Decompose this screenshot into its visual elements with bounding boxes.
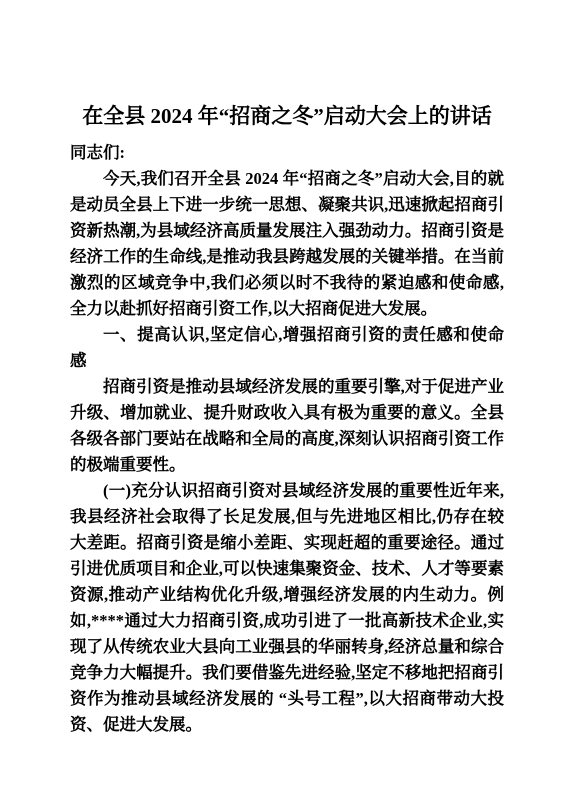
paragraph-section-1: 招商引资是推动县域经济发展的重要引擎,对于促进产业升级、增加就业、提升财政收入具… <box>70 374 504 478</box>
salutation: 同志们: <box>70 140 504 166</box>
subsection-heading-1: (一)充分认识招商引资对县域经济发展的重要性 <box>103 481 450 500</box>
document-title: 在全县 2024 年“招商之冬”启动大会上的讲话 <box>70 101 504 131</box>
paragraph-intro: 今天,我们召开全县 2024 年“招商之冬”启动大会,目的就是动员全县上下进一步… <box>70 166 504 322</box>
document-page: 在全县 2024 年“招商之冬”启动大会上的讲话 同志们: 今天,我们召开全县 … <box>0 0 570 807</box>
section-heading-1: 一、提高认识,坚定信心,增强招商引资的责任感和使命感 <box>70 322 504 374</box>
paragraph-subsection-1: (一)充分认识招商引资对县域经济发展的重要性近年来,我县经济社会取得了长足发展,… <box>70 478 504 738</box>
subsection-body-1: 近年来,我县经济社会取得了长足发展,但与先进地区相比,仍存在较大差距。招商引资是… <box>70 481 504 734</box>
